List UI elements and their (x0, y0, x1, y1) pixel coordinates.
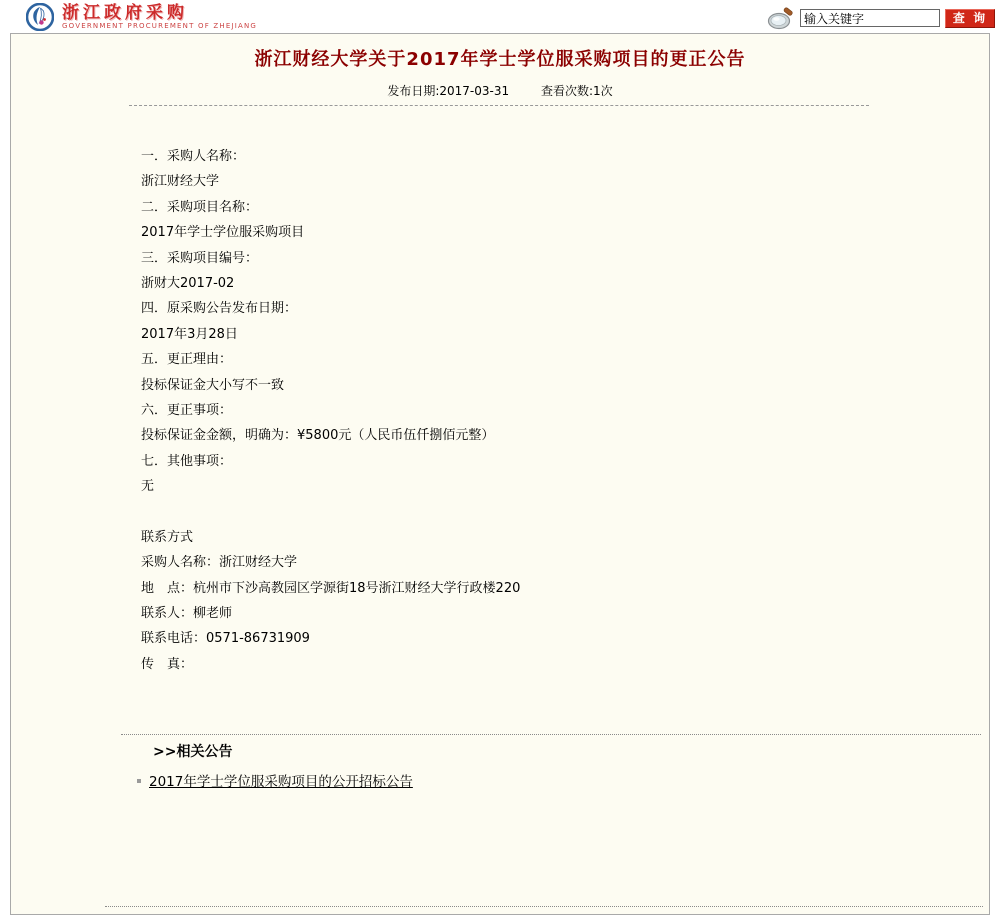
body-line: 浙江财经大学 (141, 169, 921, 194)
search-input[interactable] (800, 9, 940, 27)
body-line: 一．采购人名称： (141, 144, 921, 169)
publish-date: 发布日期:2017-03-31 (387, 84, 509, 98)
logo-emblem-icon (26, 3, 54, 31)
body-line: 三．采购项目编号： (141, 246, 921, 271)
body-line: 四．原采购公告发布日期： (141, 296, 921, 321)
body-line: 2017年3月28日 (141, 322, 921, 347)
body-line: 联系电话：0571-86731909 (141, 626, 921, 651)
body-line: 浙财大2017-02 (141, 271, 921, 296)
body-line: 七．其他事项： (141, 449, 921, 474)
related-announcement-link[interactable]: 2017年学士学位服采购项目的公开招标公告 (149, 770, 413, 790)
dashed-divider (129, 105, 869, 106)
search-button[interactable]: 查 询 (945, 9, 995, 28)
body-line: 2017年学士学位服采购项目 (141, 220, 921, 245)
view-count: 查看次数:1次 (541, 84, 613, 98)
body-line: 六．更正事项： (141, 398, 921, 423)
logo-text: 浙江政府采购 GOVERNMENT PROCUREMENT OF ZHEJIAN… (62, 4, 257, 31)
page: 浙江政府采购 GOVERNMENT PROCUREMENT OF ZHEJIAN… (0, 0, 1003, 916)
body-line: 联系人：柳老师 (141, 601, 921, 626)
body-line: 五．更正理由： (141, 347, 921, 372)
body-line: 无 (141, 474, 921, 499)
site-logo[interactable]: 浙江政府采购 GOVERNMENT PROCUREMENT OF ZHEJIAN… (26, 1, 257, 33)
body-line: 二．采购项目名称： (141, 195, 921, 220)
search-area: 查 询 (767, 5, 995, 31)
body-line: 采购人名称：浙江财经大学 (141, 550, 921, 575)
article-meta: 发布日期:2017-03-31 查看次数:1次 (11, 82, 989, 99)
dotted-divider-bottom (105, 906, 983, 907)
body-line: 投标保证金金额，明确为：¥5800元（人民币伍仟捌佰元整） (141, 423, 921, 448)
list-item: 2017年学士学位服采购项目的公开招标公告 (137, 770, 413, 790)
logo-title: 浙江政府采购 (62, 4, 257, 22)
site-header: 浙江政府采购 GOVERNMENT PROCUREMENT OF ZHEJIAN… (0, 0, 1003, 33)
related-announcements-heading: >>相关公告 (153, 741, 232, 761)
logo-subtitle: GOVERNMENT PROCUREMENT OF ZHEJIANG (62, 22, 257, 31)
body-line-blank (141, 499, 921, 524)
magnifier-icon[interactable] (767, 6, 797, 30)
body-line: 联系方式 (141, 525, 921, 550)
announcement-panel: 浙江财经大学关于2017年学士学位服采购项目的更正公告 发布日期:2017-03… (10, 33, 990, 915)
square-bullet-icon (137, 779, 141, 783)
body-line: 投标保证金大小写不一致 (141, 373, 921, 398)
article-body: 一．采购人名称： 浙江财经大学 二．采购项目名称： 2017年学士学位服采购项目… (141, 144, 921, 677)
page-title: 浙江财经大学关于2017年学士学位服采购项目的更正公告 (11, 45, 989, 71)
dotted-divider-top (121, 734, 981, 735)
body-line: 地 点：杭州市下沙高教园区学源街18号浙江财经大学行政楼220 (141, 576, 921, 601)
body-line: 传 真： (141, 652, 921, 677)
